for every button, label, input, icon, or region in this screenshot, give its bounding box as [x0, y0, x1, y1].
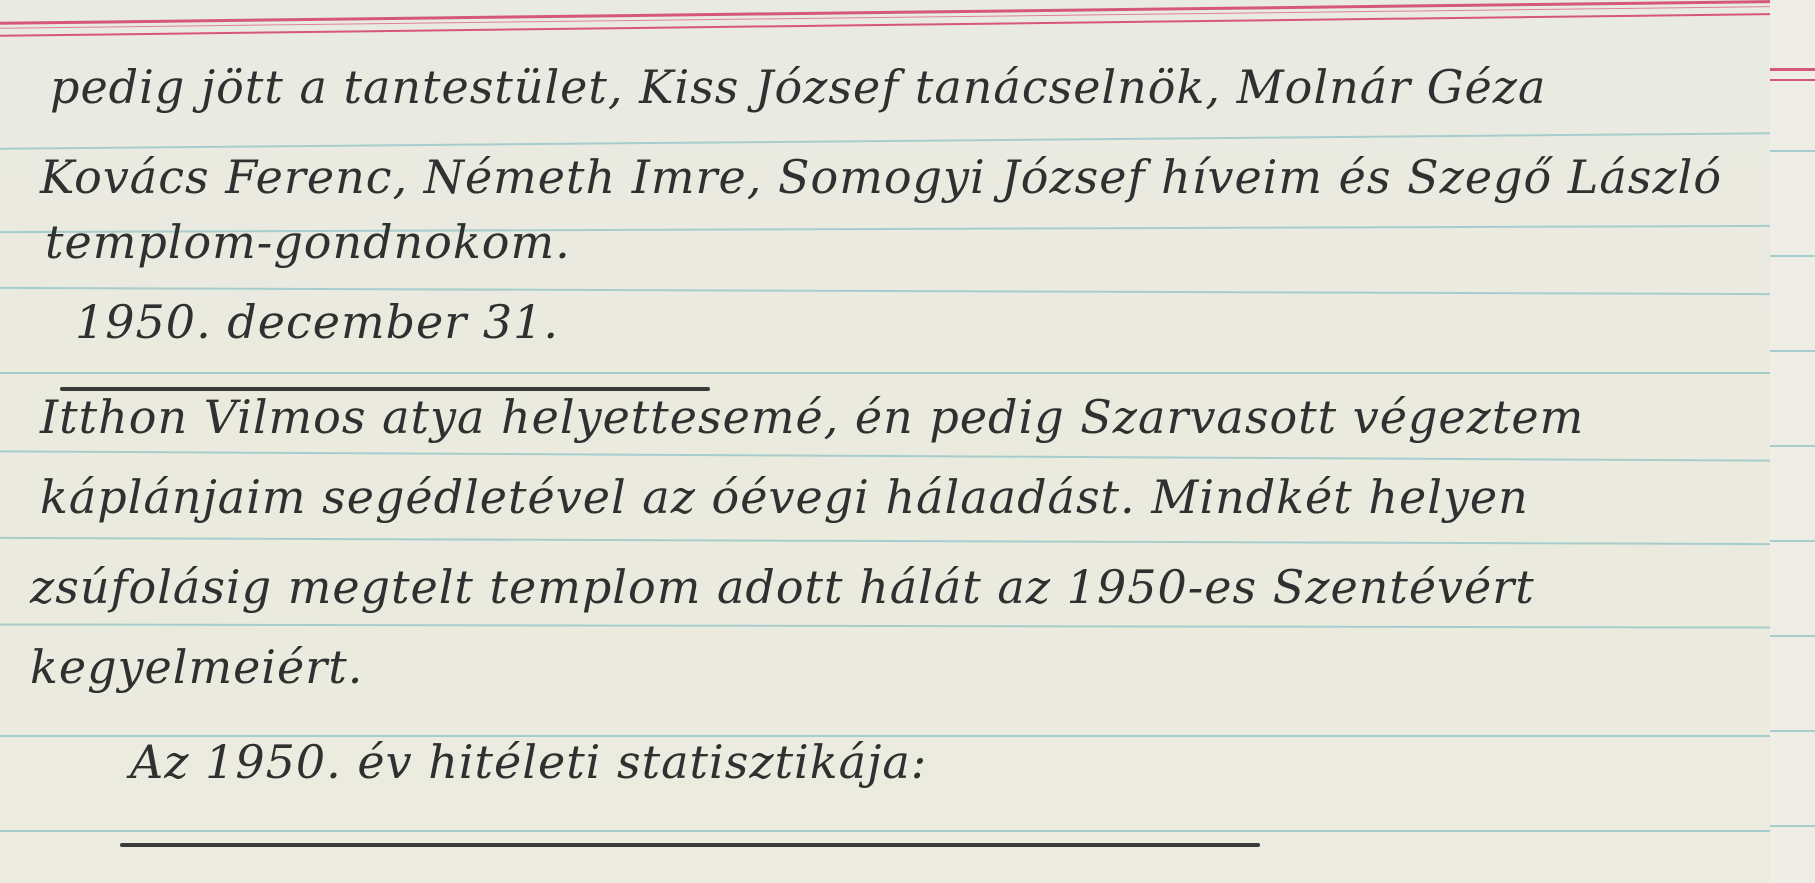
ruled-line	[0, 372, 1770, 374]
text-line-1: pedig jött a tantestület, Kiss József ta…	[50, 60, 1546, 114]
text-line-5: Itthon Vilmos atya helyettesemé, én pedi…	[40, 390, 1584, 444]
text-line-3: templom-gondnokom.	[45, 215, 571, 269]
ruled-line	[0, 623, 1770, 628]
ruled-line	[1770, 350, 1815, 352]
date-heading: 1950. december 31.	[75, 295, 559, 349]
text-line-6: káplánjaim segédletével az óévegi hálaad…	[40, 470, 1529, 524]
ruled-line	[1770, 825, 1815, 827]
text-line-8: kegyelmeiért.	[30, 640, 363, 694]
ruled-line	[0, 537, 1770, 545]
ruled-line	[1770, 635, 1815, 637]
ruled-line	[1770, 445, 1815, 447]
statistics-underline	[120, 843, 1260, 847]
ruled-line	[0, 132, 1770, 149]
notebook-page: pedig jött a tantestület, Kiss József ta…	[0, 0, 1772, 883]
text-line-7: zsúfolásig megtelt templom adott hálát a…	[30, 560, 1535, 614]
text-line-2: Kovács Ferenc, Németh Imre, Somogyi Józs…	[40, 150, 1722, 204]
ruled-line	[1770, 540, 1815, 542]
ruled-line	[0, 450, 1770, 461]
ruled-line	[0, 830, 1770, 832]
ruled-line	[1770, 730, 1815, 732]
ruled-line	[1770, 150, 1815, 152]
top-red-margin-line	[0, 0, 1772, 37]
statistics-heading: Az 1950. év hitéleti statisztikája:	[130, 735, 927, 789]
ruled-line	[1770, 255, 1815, 257]
red-margin-line	[1770, 68, 1815, 81]
ruled-line	[0, 287, 1770, 295]
next-page-edge	[1770, 0, 1815, 883]
